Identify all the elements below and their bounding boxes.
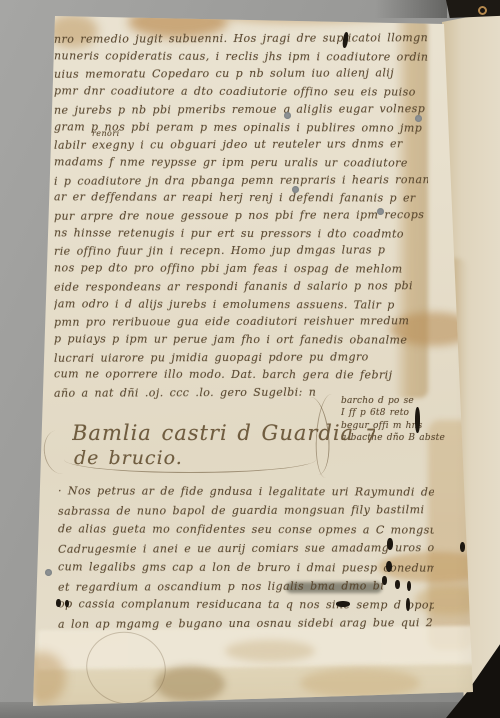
paper-hole xyxy=(415,115,422,122)
ink-blot xyxy=(415,407,420,433)
text-line: nro remedio jugit subuenni. Hos jragi dr… xyxy=(54,29,428,48)
paper-hole xyxy=(292,186,299,193)
text-line: labilr exegny i cu obguari jdeo ut reute… xyxy=(54,135,428,154)
text-line: rie offino fuur jin i recepn. Homo jup d… xyxy=(54,242,428,261)
ink-blot xyxy=(460,542,465,552)
paper-hole xyxy=(284,112,291,119)
text-line: jam odro i d alijs jurebs i emolumens as… xyxy=(54,295,428,314)
text-line: pur arpre dre noue gessoue p nos pbi fre… xyxy=(54,206,428,225)
lower-text-block: · Nos petrus ar de fide gndusa i legalit… xyxy=(58,483,434,634)
text-line: lucrari uiarore pu jmidia guopagi pdore … xyxy=(54,348,428,367)
text-line: cum legalibs gms cap a lon de bruro i dm… xyxy=(58,558,434,578)
text-line: et regardium a oscandium p nos ligalis b… xyxy=(58,577,434,598)
ink-blot xyxy=(336,601,350,607)
parchment-stain xyxy=(215,6,385,24)
paper-hole xyxy=(377,208,384,215)
text-line: ns hinsse retenugis i pur ert su pressor… xyxy=(54,224,428,243)
text-line: nuneris copideratis caus, i reclis jhs i… xyxy=(54,47,428,66)
text-line: madams f nme reypsse gr ipm peru uralis … xyxy=(54,153,428,172)
ink-blot xyxy=(406,598,410,611)
margin-note-line: I ff p 6t8 reto xyxy=(341,407,477,419)
binding-grommet-icon xyxy=(478,6,487,15)
parchment-stain xyxy=(300,668,420,698)
text-line: i p coadiutore jn dra pbanga pemn renpra… xyxy=(54,171,428,190)
parchment-stain xyxy=(225,640,315,662)
text-line: sabrassa de nuno bapol de guardia mongsu… xyxy=(58,501,434,522)
text-line: pmn pro reribuoue gua eide coadiutori re… xyxy=(54,312,428,331)
text-line: Cadrugesmie i anei e ue aurij comiars su… xyxy=(58,539,434,560)
text-line: nos pep dto pro offino pbi jam feas i os… xyxy=(54,259,428,278)
margin-note-line: barcho d po se xyxy=(341,395,477,407)
text-line: de alias gueta mo confidentes seu conse … xyxy=(58,520,434,540)
ink-blot xyxy=(386,561,392,572)
parchment-stain xyxy=(18,652,66,704)
manuscript-page: nro remedio jugit subuenni. Hos jragi dr… xyxy=(0,0,500,718)
text-line: a lon ap mgamg e bugano una osnau sidebi… xyxy=(58,615,434,636)
main-text-block: nro remedio jugit subuenni. Hos jragi dr… xyxy=(54,30,428,408)
ink-blot xyxy=(65,600,69,607)
interlinear-insert: renori xyxy=(92,129,120,138)
manuscript-photo: nro remedio jugit subuenni. Hos jragi dr… xyxy=(0,0,500,718)
paper-hole xyxy=(45,569,52,576)
text-line: uius memoratu Copedaro cu p nb solum iuo… xyxy=(54,65,428,84)
ink-blot xyxy=(387,538,393,550)
text-line: cum ne oporrere illo modo. Dat. barch ge… xyxy=(54,366,428,385)
text-line: ar er deffendans ar reapi herj renj i de… xyxy=(54,189,428,208)
binding-shadow xyxy=(375,0,447,18)
text-line: eide respondeans ar respondi fananis d s… xyxy=(54,277,428,296)
text-line: p puiays p ipm ur perue jam fho i ort fa… xyxy=(54,330,428,349)
heading-underline-flourish xyxy=(64,446,316,473)
ink-blot xyxy=(382,576,387,585)
text-line: · Nos petrus ar de fide gndusa i legalit… xyxy=(58,482,434,502)
text-line: ne jurebs p nb pbi pmeribs remoue q alig… xyxy=(54,100,428,119)
page-fold-crease xyxy=(0,0,7,676)
text-line: pmr dnr coadiutore a dto coadiutorie off… xyxy=(54,82,428,101)
text-line: op cassia complanum residucana ta q nos … xyxy=(58,596,434,616)
ink-blot xyxy=(56,599,61,607)
ink-blot xyxy=(407,581,411,591)
ink-blot xyxy=(395,580,400,589)
binding-top-edge xyxy=(446,0,500,18)
